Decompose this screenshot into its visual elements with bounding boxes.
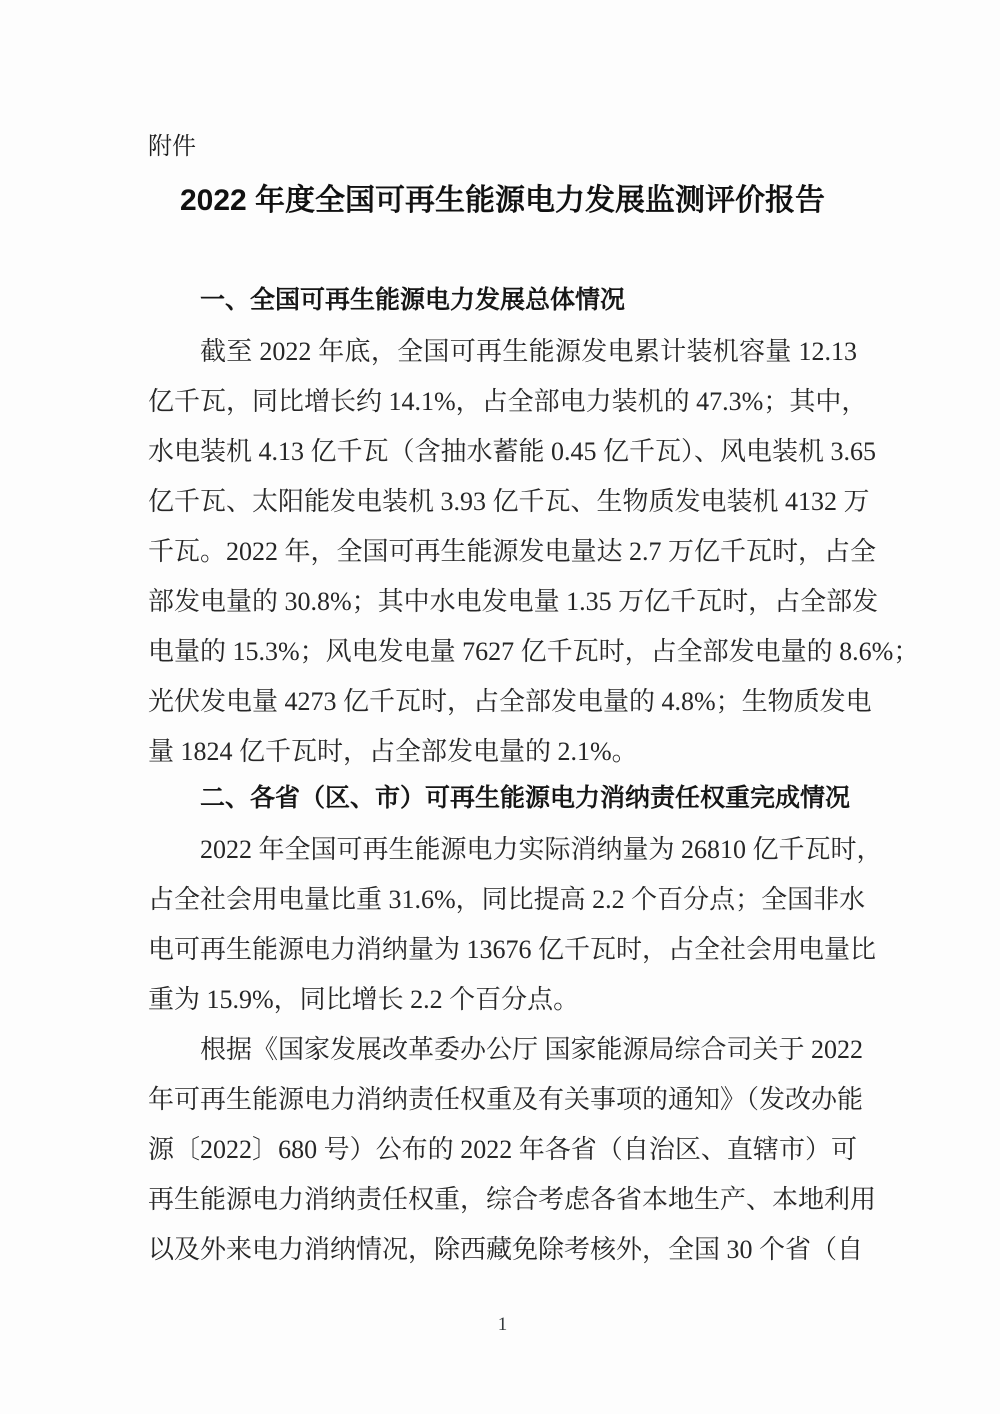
page-number: 1: [148, 1311, 857, 1339]
paragraph: 根据《国家发展改革委办公厅 国家能源局综合司关于 2022年可再生能源电力消纳责…: [148, 1025, 857, 1275]
text-line: 以及外来电力消纳情况，除西藏免除考核外，全国 30 个省（自: [148, 1225, 857, 1275]
document-title: 2022 年度全国可再生能源电力发展监测评价报告: [148, 180, 857, 222]
attachment-label: 附件: [148, 130, 857, 164]
text-line: 再生能源电力消纳责任权重，综合考虑各省本地生产、本地利用: [148, 1175, 857, 1225]
text-line: 光伏发电量 4273 亿千瓦时，占全部发电量的 4.8%；生物质发电: [148, 677, 857, 727]
text-line: 量 1824 亿千瓦时，占全部发电量的 2.1%。: [148, 727, 857, 777]
text-line: 2022 年全国可再生能源电力实际消纳量为 26810 亿千瓦时，: [148, 825, 857, 875]
text-line: 重为 15.9%，同比增长 2.2 个百分点。: [148, 975, 857, 1025]
text-line: 水电装机 4.13 亿千瓦（含抽水蓄能 0.45 亿千瓦）、风电装机 3.65: [148, 427, 857, 477]
document-sections: 一、全国可再生能源电力发展总体情况截至 2022 年底，全国可再生能源发电累计装…: [148, 282, 857, 1275]
paragraph: 2022 年全国可再生能源电力实际消纳量为 26810 亿千瓦时，占全社会用电量…: [148, 825, 857, 1025]
text-line: 电可再生能源电力消纳量为 13676 亿千瓦时，占全社会用电量比: [148, 925, 857, 975]
text-line: 占全社会用电量比重 31.6%，同比提高 2.2 个百分点；全国非水: [148, 875, 857, 925]
section-heading: 一、全国可再生能源电力发展总体情况: [148, 282, 857, 318]
text-line: 亿千瓦、太阳能发电装机 3.93 亿千瓦、生物质发电装机 4132 万: [148, 477, 857, 527]
document-page: 附件 2022 年度全国可再生能源电力发展监测评价报告 一、全国可再生能源电力发…: [0, 0, 1000, 1414]
text-line: 电量的 15.3%；风电发电量 7627 亿千瓦时，占全部发电量的 8.6%；: [148, 627, 857, 677]
text-line: 源〔2022〕680 号）公布的 2022 年各省（自治区、直辖市）可: [148, 1125, 857, 1175]
document-content: 附件 2022 年度全国可再生能源电力发展监测评价报告 一、全国可再生能源电力发…: [148, 0, 857, 1339]
text-line: 亿千瓦，同比增长约 14.1%，占全部电力装机的 47.3%；其中，: [148, 377, 857, 427]
text-line: 年可再生能源电力消纳责任权重及有关事项的通知》（发改办能: [148, 1075, 857, 1125]
section-heading: 二、各省（区、市）可再生能源电力消纳责任权重完成情况: [148, 780, 857, 816]
paragraph: 截至 2022 年底，全国可再生能源发电累计装机容量 12.13亿千瓦，同比增长…: [148, 327, 857, 777]
text-line: 根据《国家发展改革委办公厅 国家能源局综合司关于 2022: [148, 1025, 857, 1075]
text-line: 部发电量的 30.8%；其中水电发电量 1.35 万亿千瓦时，占全部发: [148, 577, 857, 627]
text-line: 截至 2022 年底，全国可再生能源发电累计装机容量 12.13: [148, 327, 857, 377]
text-line: 千瓦。2022 年，全国可再生能源发电量达 2.7 万亿千瓦时，占全: [148, 527, 857, 577]
